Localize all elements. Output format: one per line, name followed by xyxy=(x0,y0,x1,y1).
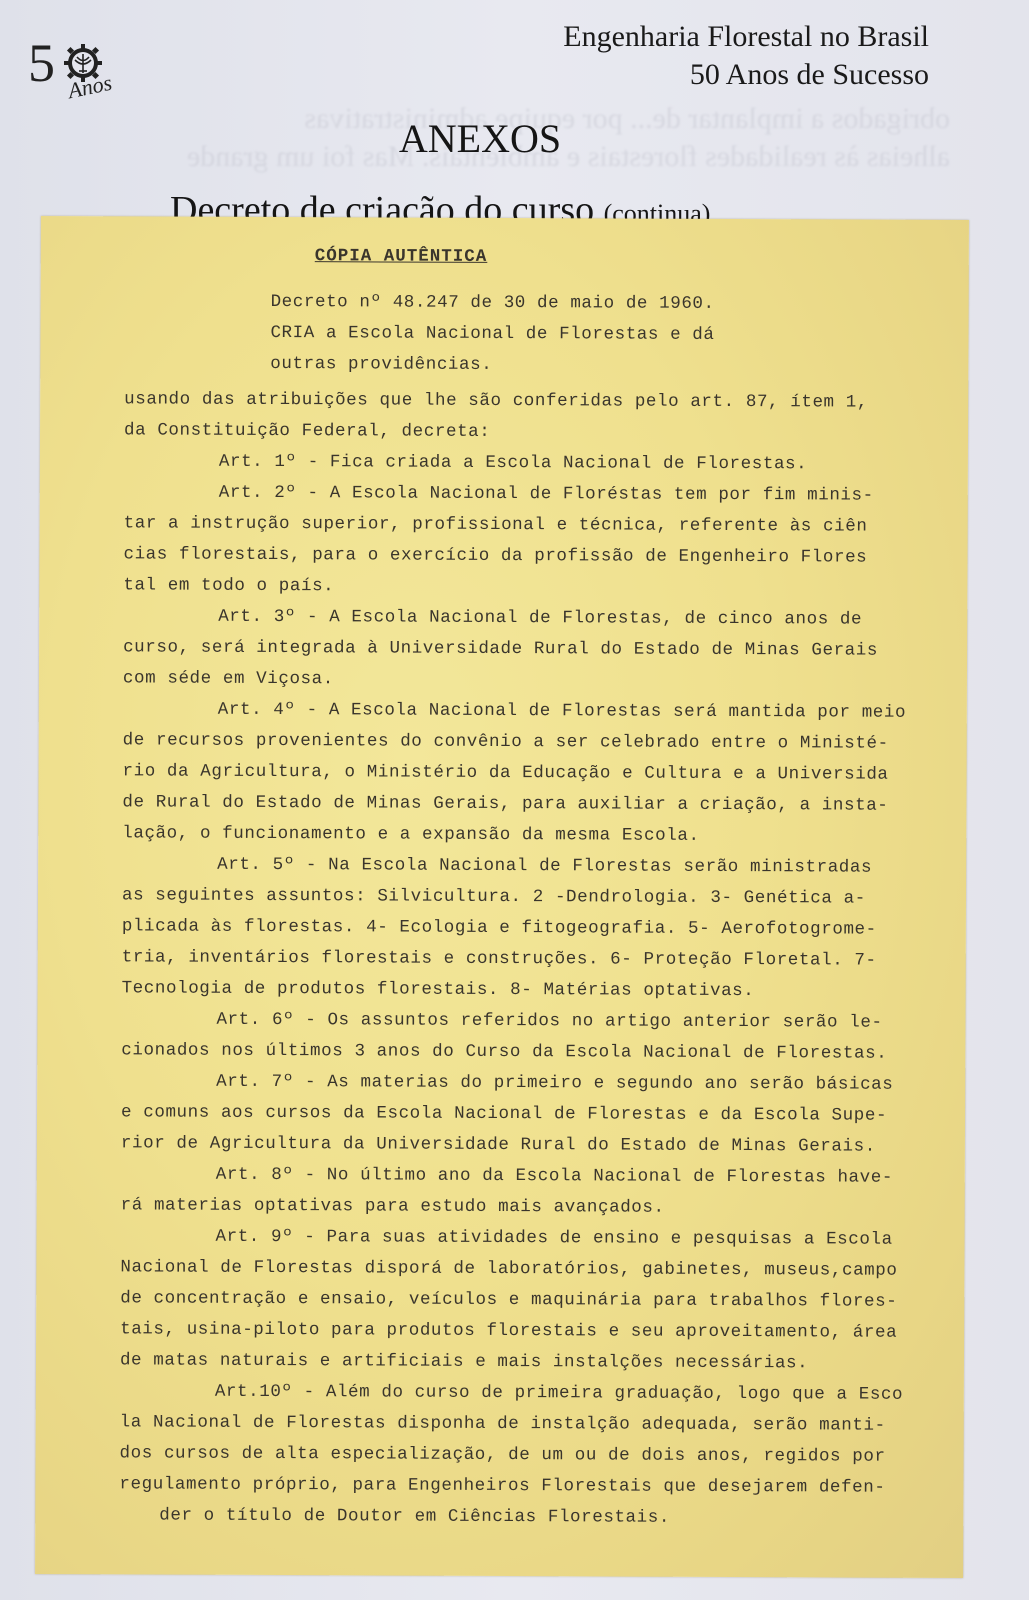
book-title-line2: 50 Anos de Sucesso xyxy=(563,56,929,94)
book-title-line1: Engenharia Florestal no Brasil xyxy=(563,18,929,56)
decree-line: regulamento próprio, para Engenheiros Fl… xyxy=(119,1469,969,1504)
decree-line: plicada às florestas. 4- Ecologia e fito… xyxy=(122,911,972,946)
book-title: Engenharia Florestal no Brasil 50 Anos d… xyxy=(563,18,929,94)
decree-line: e comuns aos cursos da Escola Nacional d… xyxy=(121,1097,971,1132)
decree-line: Art. 1º - Fica criada a Escola Nacional … xyxy=(124,446,974,481)
decree-line: Art. 3º - A Escola Nacional de Florestas… xyxy=(123,601,973,636)
typewritten-decree-page: CÓPIA AUTÊNTICA Decreto nº 48.247 de 30 … xyxy=(35,216,969,1578)
decree-body: usando das atribuições que lhe são confe… xyxy=(119,384,974,1535)
decree-line: tais, usina-piloto para produtos florest… xyxy=(120,1314,970,1349)
decree-line: tar a instrução superior, profissional e… xyxy=(124,508,974,543)
decree-line: as seguintes assuntos: Silvicultura. 2 -… xyxy=(122,880,972,915)
decree-line: Art. 8º - No último ano da Escola Nacion… xyxy=(121,1159,971,1194)
decree-line: tal em todo o país. xyxy=(123,570,973,605)
decree-line: lação, o funcionamento e a expansão da m… xyxy=(122,818,972,853)
decree-line: dos cursos de alta especialização, de um… xyxy=(119,1438,969,1473)
decree-line: Art. 9º - Para suas atividades de ensino… xyxy=(120,1221,970,1256)
decree-line: de matas naturais e artificiais e mais i… xyxy=(120,1345,970,1380)
decree-line: de concentração e ensaio, veículos e maq… xyxy=(120,1283,970,1318)
decree-line: der o título de Doutor em Ciências Flore… xyxy=(119,1500,969,1535)
decree-line: rá materias optativas para estudo mais a… xyxy=(121,1190,971,1225)
decree-line: la Nacional de Florestas disponha de ins… xyxy=(120,1407,970,1442)
decree-line: usando das atribuições que lhe são confe… xyxy=(124,384,974,419)
decree-line: Art.10º - Além do curso de primeira grad… xyxy=(120,1376,970,1411)
decree-line: curso, será integrada à Universidade Rur… xyxy=(123,632,973,667)
decree-line: rio da Agricultura, o Ministério da Educ… xyxy=(122,756,972,791)
decree-content: CÓPIA AUTÊNTICA Decreto nº 48.247 de 30 … xyxy=(125,240,969,244)
decree-line: rior de Agricultura da Universidade Rura… xyxy=(121,1128,971,1163)
decree-purpose-cont: outras providências. xyxy=(270,349,714,382)
decree-line: Art. 6º - Os assuntos referidos no artig… xyxy=(121,1004,971,1039)
decree-line: Art. 7º - As materias do primeiro e segu… xyxy=(121,1066,971,1101)
decree-line: cias florestais, para o exercício da pro… xyxy=(123,539,973,574)
decree-line: de Rural do Estado de Minas Gerais, para… xyxy=(122,787,972,822)
decree-line: Nacional de Florestas disporá de laborat… xyxy=(120,1252,970,1287)
decree-header: Decreto nº 48.247 de 30 de maio de 1960.… xyxy=(270,287,714,382)
decree-number: Decreto nº 48.247 de 30 de maio de 1960. xyxy=(271,287,715,320)
decree-line: Art. 5º - Na Escola Nacional de Floresta… xyxy=(122,849,972,884)
decree-line: Art. 4º - A Escola Nacional de Florestas… xyxy=(123,694,973,729)
decree-line: cionados nos últimos 3 anos do Curso da … xyxy=(121,1035,971,1070)
decree-line: de recursos provenientes do convênio a s… xyxy=(123,725,973,760)
anniversary-logo: 5 Anos xyxy=(28,36,148,116)
decree-line: Tecnologia de produtos florestais. 8- Ma… xyxy=(122,973,972,1008)
decree-line: da Constituição Federal, decreta: xyxy=(124,415,974,450)
decree-line: tria, inventários florestais e construçõ… xyxy=(122,942,972,977)
decree-purpose: CRIA a Escola Nacional de Florestas e dá xyxy=(270,318,714,351)
logo-number: 5 xyxy=(28,36,55,90)
decree-line: Art. 2º - A Escola Nacional de Floréstas… xyxy=(124,477,974,512)
decree-line: com séde em Viçosa. xyxy=(123,663,973,698)
authentic-copy-heading: CÓPIA AUTÊNTICA xyxy=(315,241,488,273)
section-title: ANEXOS xyxy=(0,115,960,162)
